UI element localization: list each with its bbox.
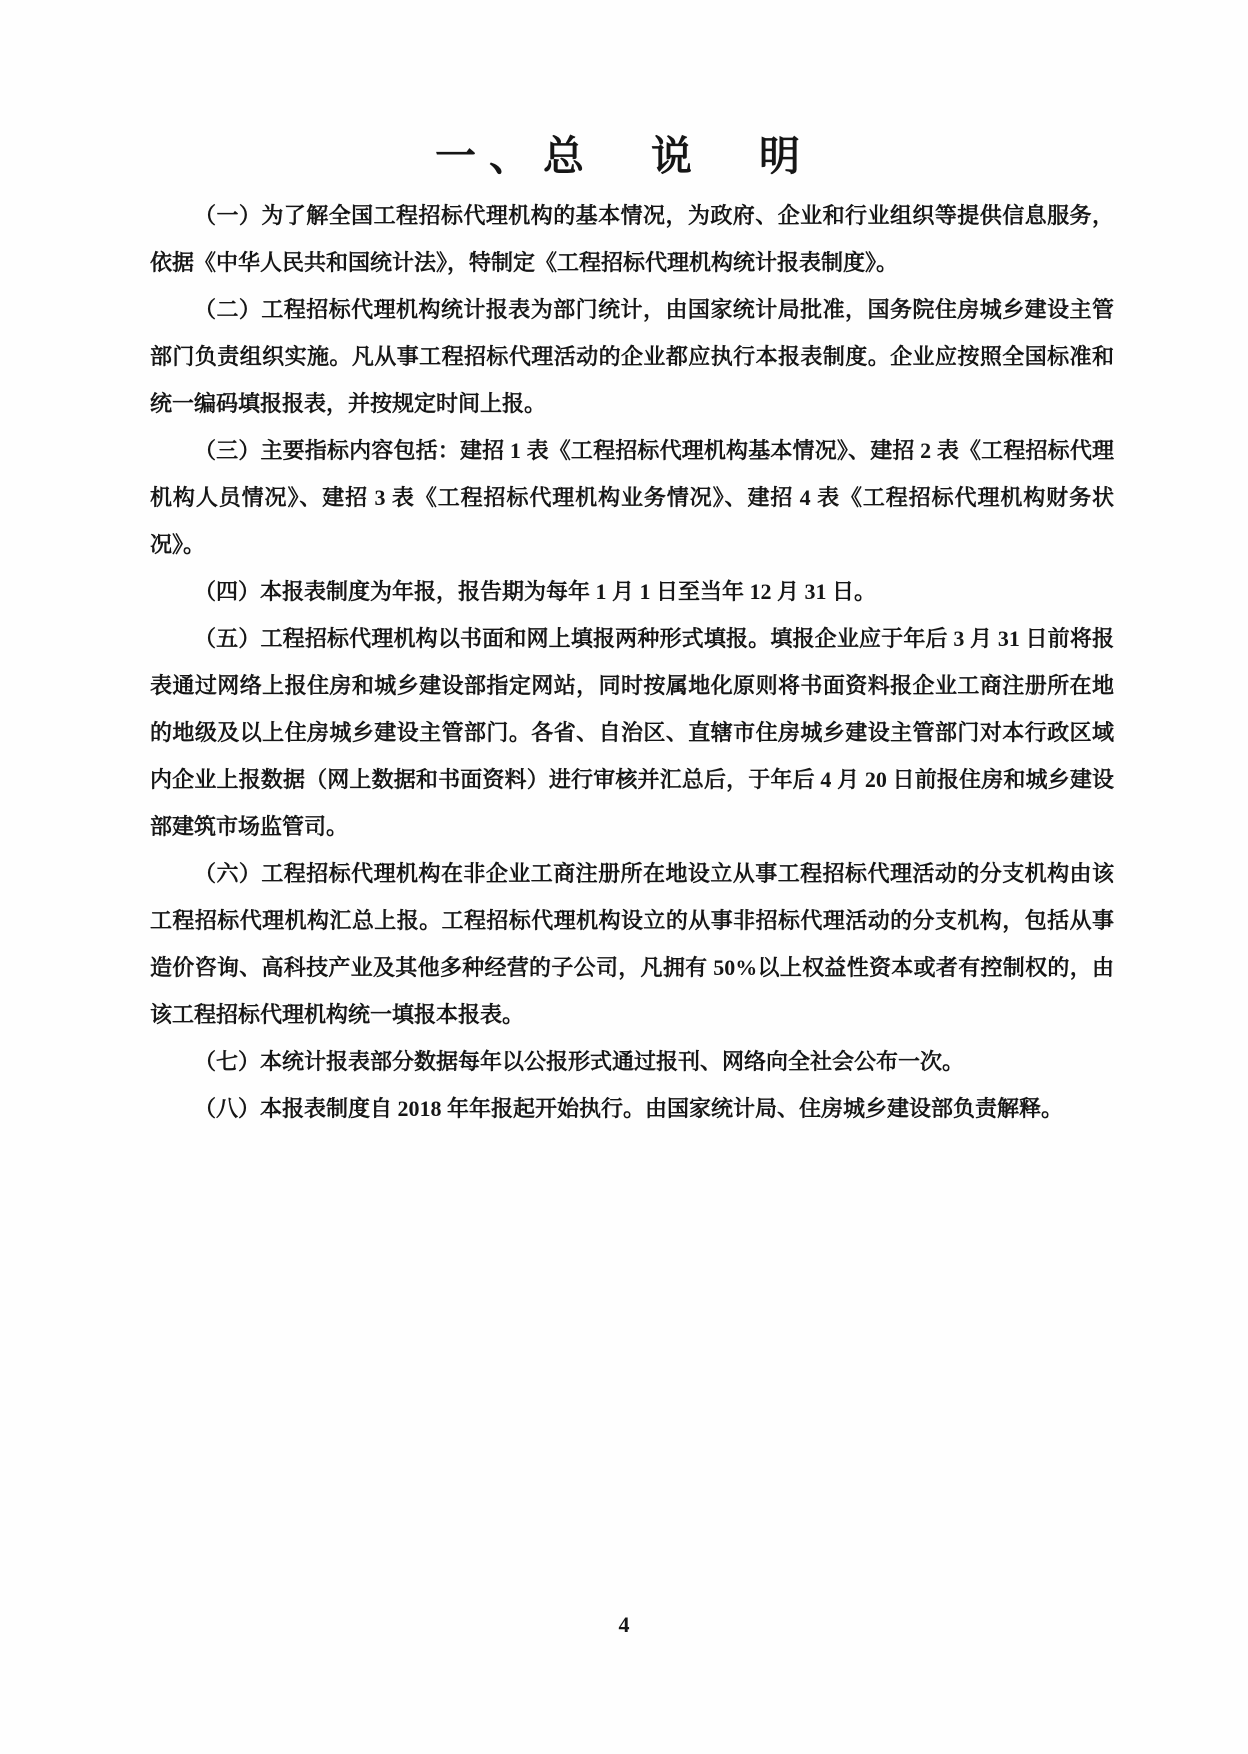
- paragraph-8: （八）本报表制度自 2018 年年报起开始执行。由国家统计局、住房城乡建设部负责…: [150, 1085, 1114, 1132]
- paragraph-6: （六）工程招标代理机构在非企业工商注册所在地设立从事工程招标代理活动的分支机构由…: [150, 850, 1114, 1038]
- paragraph-1: （一）为了解全国工程招标代理机构的基本情况，为政府、企业和行业组织等提供信息服务…: [150, 192, 1114, 286]
- page-title: 一、总 说 明: [0, 132, 1248, 181]
- document-body: （一）为了解全国工程招标代理机构的基本情况，为政府、企业和行业组织等提供信息服务…: [150, 192, 1114, 1132]
- paragraph-2: （二）工程招标代理机构统计报表为部门统计，由国家统计局批准，国务院住房城乡建设主…: [150, 286, 1114, 427]
- paragraph-5: （五）工程招标代理机构以书面和网上填报两种形式填报。填报企业应于年后 3 月 3…: [150, 615, 1114, 850]
- paragraph-3: （三）主要指标内容包括：建招 1 表《工程招标代理机构基本情况》、建招 2 表《…: [150, 427, 1114, 568]
- page-number: 4: [0, 1612, 1248, 1638]
- document-page: 一、总 说 明 （一）为了解全国工程招标代理机构的基本情况，为政府、企业和行业组…: [0, 0, 1248, 1754]
- paragraph-4: （四）本报表制度为年报，报告期为每年 1 月 1 日至当年 12 月 31 日。: [150, 568, 1114, 615]
- paragraph-7: （七）本统计报表部分数据每年以公报形式通过报刊、网络向全社会公布一次。: [150, 1038, 1114, 1085]
